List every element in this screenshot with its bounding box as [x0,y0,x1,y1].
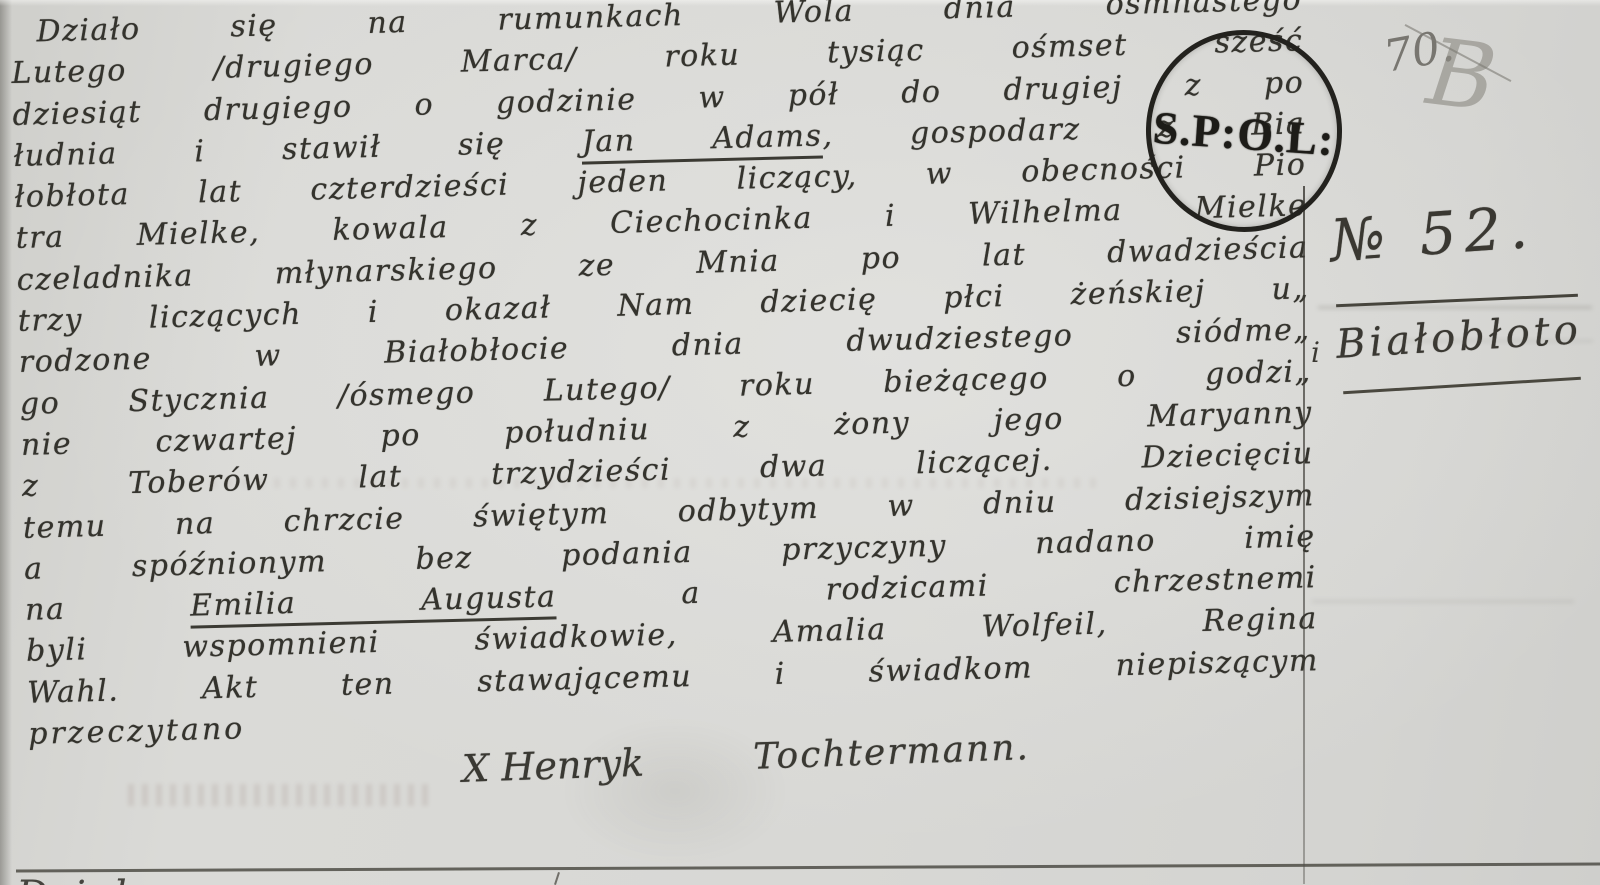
margin-place-underline [1343,377,1581,394]
next-record-stroke [554,872,560,885]
record-number-underline [1336,294,1578,308]
record-separator-rule [16,863,1600,872]
record-number: № 52. [1328,189,1592,275]
margin-stray-letter: i [1311,336,1320,369]
margin-place-name: Białobłoto [1335,306,1597,368]
stamp-text: S.P:O.L: [1151,100,1336,166]
signature-first-name: X Henryk [461,741,644,791]
record-text-block: Działo się na rumunkach Wola dnia ośmnas… [10,0,1320,755]
bleed-through-smudge [120,784,430,806]
document-scan-page: Działo się na rumunkach Wola dnia ośmnas… [0,0,1600,885]
bleed-through-streak [1312,600,1574,603]
margin-divider-rule [1303,186,1305,884]
next-record-fragment: Działo [16,873,416,885]
signature-last-name: Tochtermann. [753,727,1031,781]
scan-edge-shadow [0,0,12,885]
pencil-letter-annotation: B [1422,18,1502,132]
